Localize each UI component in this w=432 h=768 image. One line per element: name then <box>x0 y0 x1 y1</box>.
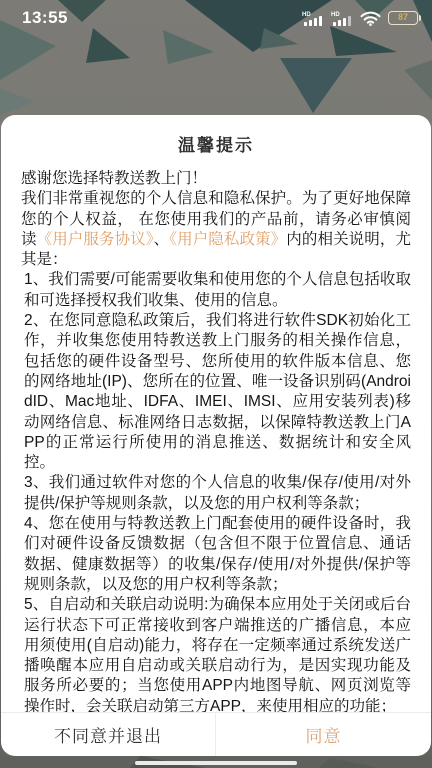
cellular-signal-1-icon: HD <box>302 10 324 26</box>
disagree-exit-button[interactable]: 不同意并退出 <box>1 713 216 756</box>
hd-label-1: HD <box>302 12 311 18</box>
home-indicator[interactable] <box>135 761 297 766</box>
wifi-icon <box>360 10 381 26</box>
greeting-line: 感谢您选择特教送教上门！ <box>21 169 411 189</box>
clause-2: 2、在您同意隐私政策后，我们将进行软件SDK初始化工作，并收集您使用特教送教上门… <box>21 311 411 473</box>
agree-button[interactable]: 同意 <box>216 713 431 756</box>
dialog-button-row: 不同意并退出 同意 <box>1 712 431 756</box>
dialog-title: 温馨提示 <box>1 115 431 169</box>
clause-3: 3、我们通过软件对您的个人信息的收集/保存/使用/对外提供/保护等规则条款，以及… <box>21 473 411 514</box>
privacy-policy-link[interactable]: 《用户隐私政策》 <box>169 231 286 248</box>
intro-paragraph: 我们非常重视您的个人信息和隐私保护。为了更好地保障您的个人权益， 在您使用我们的… <box>21 189 411 270</box>
status-bar: 13:55 HD HD 87 <box>0 0 432 35</box>
hd-label-2: HD <box>331 12 340 18</box>
link-separator: 、 <box>154 231 170 248</box>
battery-nub <box>419 15 422 21</box>
clause-1: 1、我们需要/可能需要收集和使用您的个人信息包括收取和可选择授权我们收集、使用的… <box>21 270 411 311</box>
privacy-consent-dialog: 温馨提示 感谢您选择特教送教上门！ 我们非常重视您的个人信息和隐私保护。为了更好… <box>1 115 431 756</box>
cellular-signal-2-icon: HD <box>331 10 353 26</box>
user-service-agreement-link[interactable]: 《用户服务协议》 <box>37 231 154 248</box>
clause-4: 4、您在使用与特教送教上门配套使用的硬件设备时，我们对硬件设备反馈数据（包含但不… <box>21 514 411 595</box>
clock: 13:55 <box>22 8 68 28</box>
battery-percent: 87 <box>398 13 408 22</box>
clause-5: 5、自启动和关联启动说明:为确保本应用处于关闭或后台运行状态下可正常接收到客户端… <box>21 595 411 712</box>
dialog-body: 感谢您选择特教送教上门！ 我们非常重视您的个人信息和隐私保护。为了更好地保障您的… <box>1 169 431 712</box>
battery-icon: 87 <box>388 11 418 25</box>
